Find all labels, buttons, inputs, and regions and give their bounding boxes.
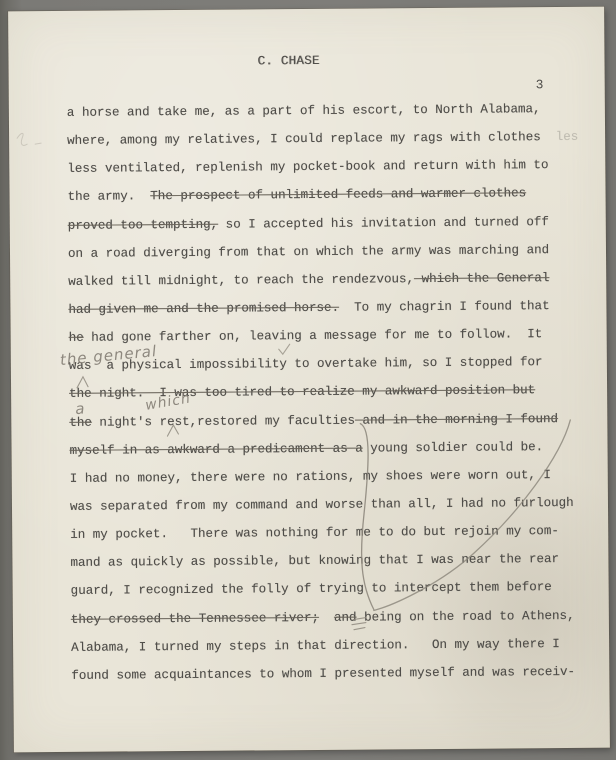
typed-text: I had no money, there were no rations, m… [70,468,551,486]
manuscript-page: C. CHASE 3 a horse and take me, as a par… [8,7,610,753]
typed-text: young soldier could be. [363,440,544,455]
struck-text: they crossed the Tennessee river; [71,610,319,626]
typed-text: less ventilated, replenish my pocket-boo… [67,158,548,176]
typed-text: Alabama, I turned my steps in that direc… [71,637,560,655]
typed-text: so I accepted his invitation and turned … [218,215,549,232]
struck-text: which the General [414,271,549,286]
page-number: 3 [536,77,544,92]
struck-text: myself in as awkward a predicament as a [69,441,362,457]
typed-text: mand as quickly as possible, but knowing… [70,552,559,570]
struck-text: he [69,331,84,345]
typed-line: was separated from my command and worse … [70,489,600,521]
typed-text: night's rest,restored my faculties [92,413,355,429]
struck-text: The prospect of unlimited feeds and warm… [150,187,526,204]
typed-text: the army. [68,190,151,205]
struck-text: and in the morning I found [355,412,558,428]
ghost-text: les [541,130,579,144]
typed-line: where, among my relatives, I could repla… [67,123,597,155]
handwritten-annotation: a [75,399,87,418]
typed-text: in my pocket. There was nothing for me t… [70,524,559,542]
struck-text: had given me and the promised horse. [68,301,339,317]
typed-line: had given me and the promised horse. To … [68,292,598,324]
typed-text: where, among my relatives, I could repla… [67,130,541,148]
typed-line: myself in as awkward a predicament as a … [69,432,599,464]
scanned-page-background: { "header": { "title": "C. CHASE", "page… [0,0,616,760]
typed-text: a horse and take me, as a part of his es… [67,102,541,120]
typed-line: a horse and take me, as a part of his es… [67,95,597,127]
typed-line: walked till midnight, to reach the rende… [68,264,598,296]
typed-line: in my pocket. There was nothing for me t… [70,517,600,549]
margin-squiggle [17,133,41,145]
typed-line: proved too tempting, so I accepted his i… [68,207,598,239]
typed-line: on a road diverging from that on which t… [68,235,598,267]
typed-text [319,610,334,624]
typed-text: walked till midnight, to reach the rende… [68,272,414,289]
typed-text: being on the road to Athens, [357,608,575,624]
typed-line: found some acquaintances to whom I prese… [71,658,601,690]
typed-text: To my chagrin I found that [339,299,550,315]
struck-text: proved too tempting, [68,217,218,232]
typed-line: the army. The prospect of unlimited feed… [67,179,597,211]
typed-line: Alabama, I turned my steps in that direc… [71,629,601,661]
struck-text: the night. I was too tired to realize my… [69,384,535,402]
typed-text: was separated from my command and worse … [70,496,574,514]
struck-text: and [334,610,357,624]
page-title: C. CHASE [257,54,319,68]
typed-text: on a road diverging from that on which t… [68,243,549,261]
typed-line: they crossed the Tennessee river; and be… [71,601,601,633]
typed-line: I had no money, there were no rations, m… [70,461,600,493]
typed-line: guard, I recognized the folly of trying … [71,573,601,605]
typed-text: found some acquaintances to whom I prese… [71,665,575,683]
typed-text: guard, I recognized the folly of trying … [71,580,552,598]
typed-line: less ventilated, replenish my pocket-boo… [67,151,597,183]
text-block: a horse and take me, as a part of his es… [67,95,602,690]
typed-line: mand as quickly as possible, but knowing… [70,545,600,577]
